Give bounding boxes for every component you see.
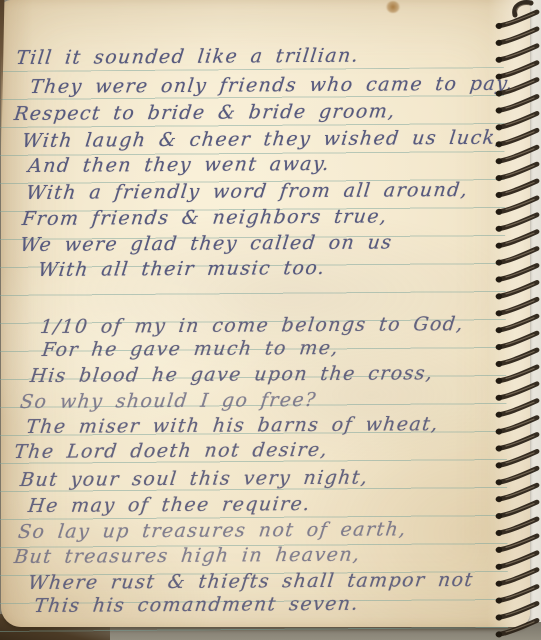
- handwritten-line: The miser with his barns of wheat,: [25, 415, 440, 437]
- handwritten-line: We were glad they called on us: [19, 233, 394, 255]
- handwritten-line: His blood he gave upon the cross,: [29, 364, 435, 386]
- handwritten-line: But your soul this very night,: [19, 469, 369, 490]
- handwritten-line: But treasures high in heaven,: [13, 546, 362, 567]
- handwritten-line: Till it sounded like a trillian.: [15, 47, 360, 68]
- notebook-page: Till it sounded like a trillian. They we…: [1, 0, 530, 627]
- handwritten-line: Where rust & thiefts shall tampor not: [27, 571, 475, 593]
- handwritten-line: For he gave much to me,: [41, 339, 340, 360]
- spiral-binding-icon: [491, 0, 541, 640]
- handwritten-line: And then they went away.: [27, 155, 331, 176]
- stain-spot: [386, 1, 400, 13]
- handwritten-line: With all their music too.: [37, 259, 326, 280]
- handwritten-line: With a friendly word from all around,: [25, 181, 469, 203]
- notebook-photo: Till it sounded like a trillian. They we…: [0, 0, 541, 640]
- handwritten-line: So why should I go free?: [19, 391, 318, 412]
- handwriting-block: Till it sounded like a trillian. They we…: [1, 0, 530, 627]
- handwritten-line: From friends & neighbors true,: [21, 207, 389, 229]
- handwritten-line: They were only friends who came to pay,: [29, 75, 514, 97]
- handwritten-line: This his comandment seven.: [33, 595, 360, 616]
- handwritten-line: With laugh & cheer they wished us luck,: [21, 129, 504, 151]
- handwritten-line: Respect to bride & bride groom,: [13, 102, 397, 124]
- handwritten-line: The Lord doeth not desire,: [13, 441, 329, 462]
- handwritten-line: He may of thee require.: [27, 495, 312, 516]
- handwritten-line: So lay up treasures not of earth,: [17, 520, 408, 542]
- handwritten-line: 1/10 of my in come belongs to God,: [39, 315, 465, 337]
